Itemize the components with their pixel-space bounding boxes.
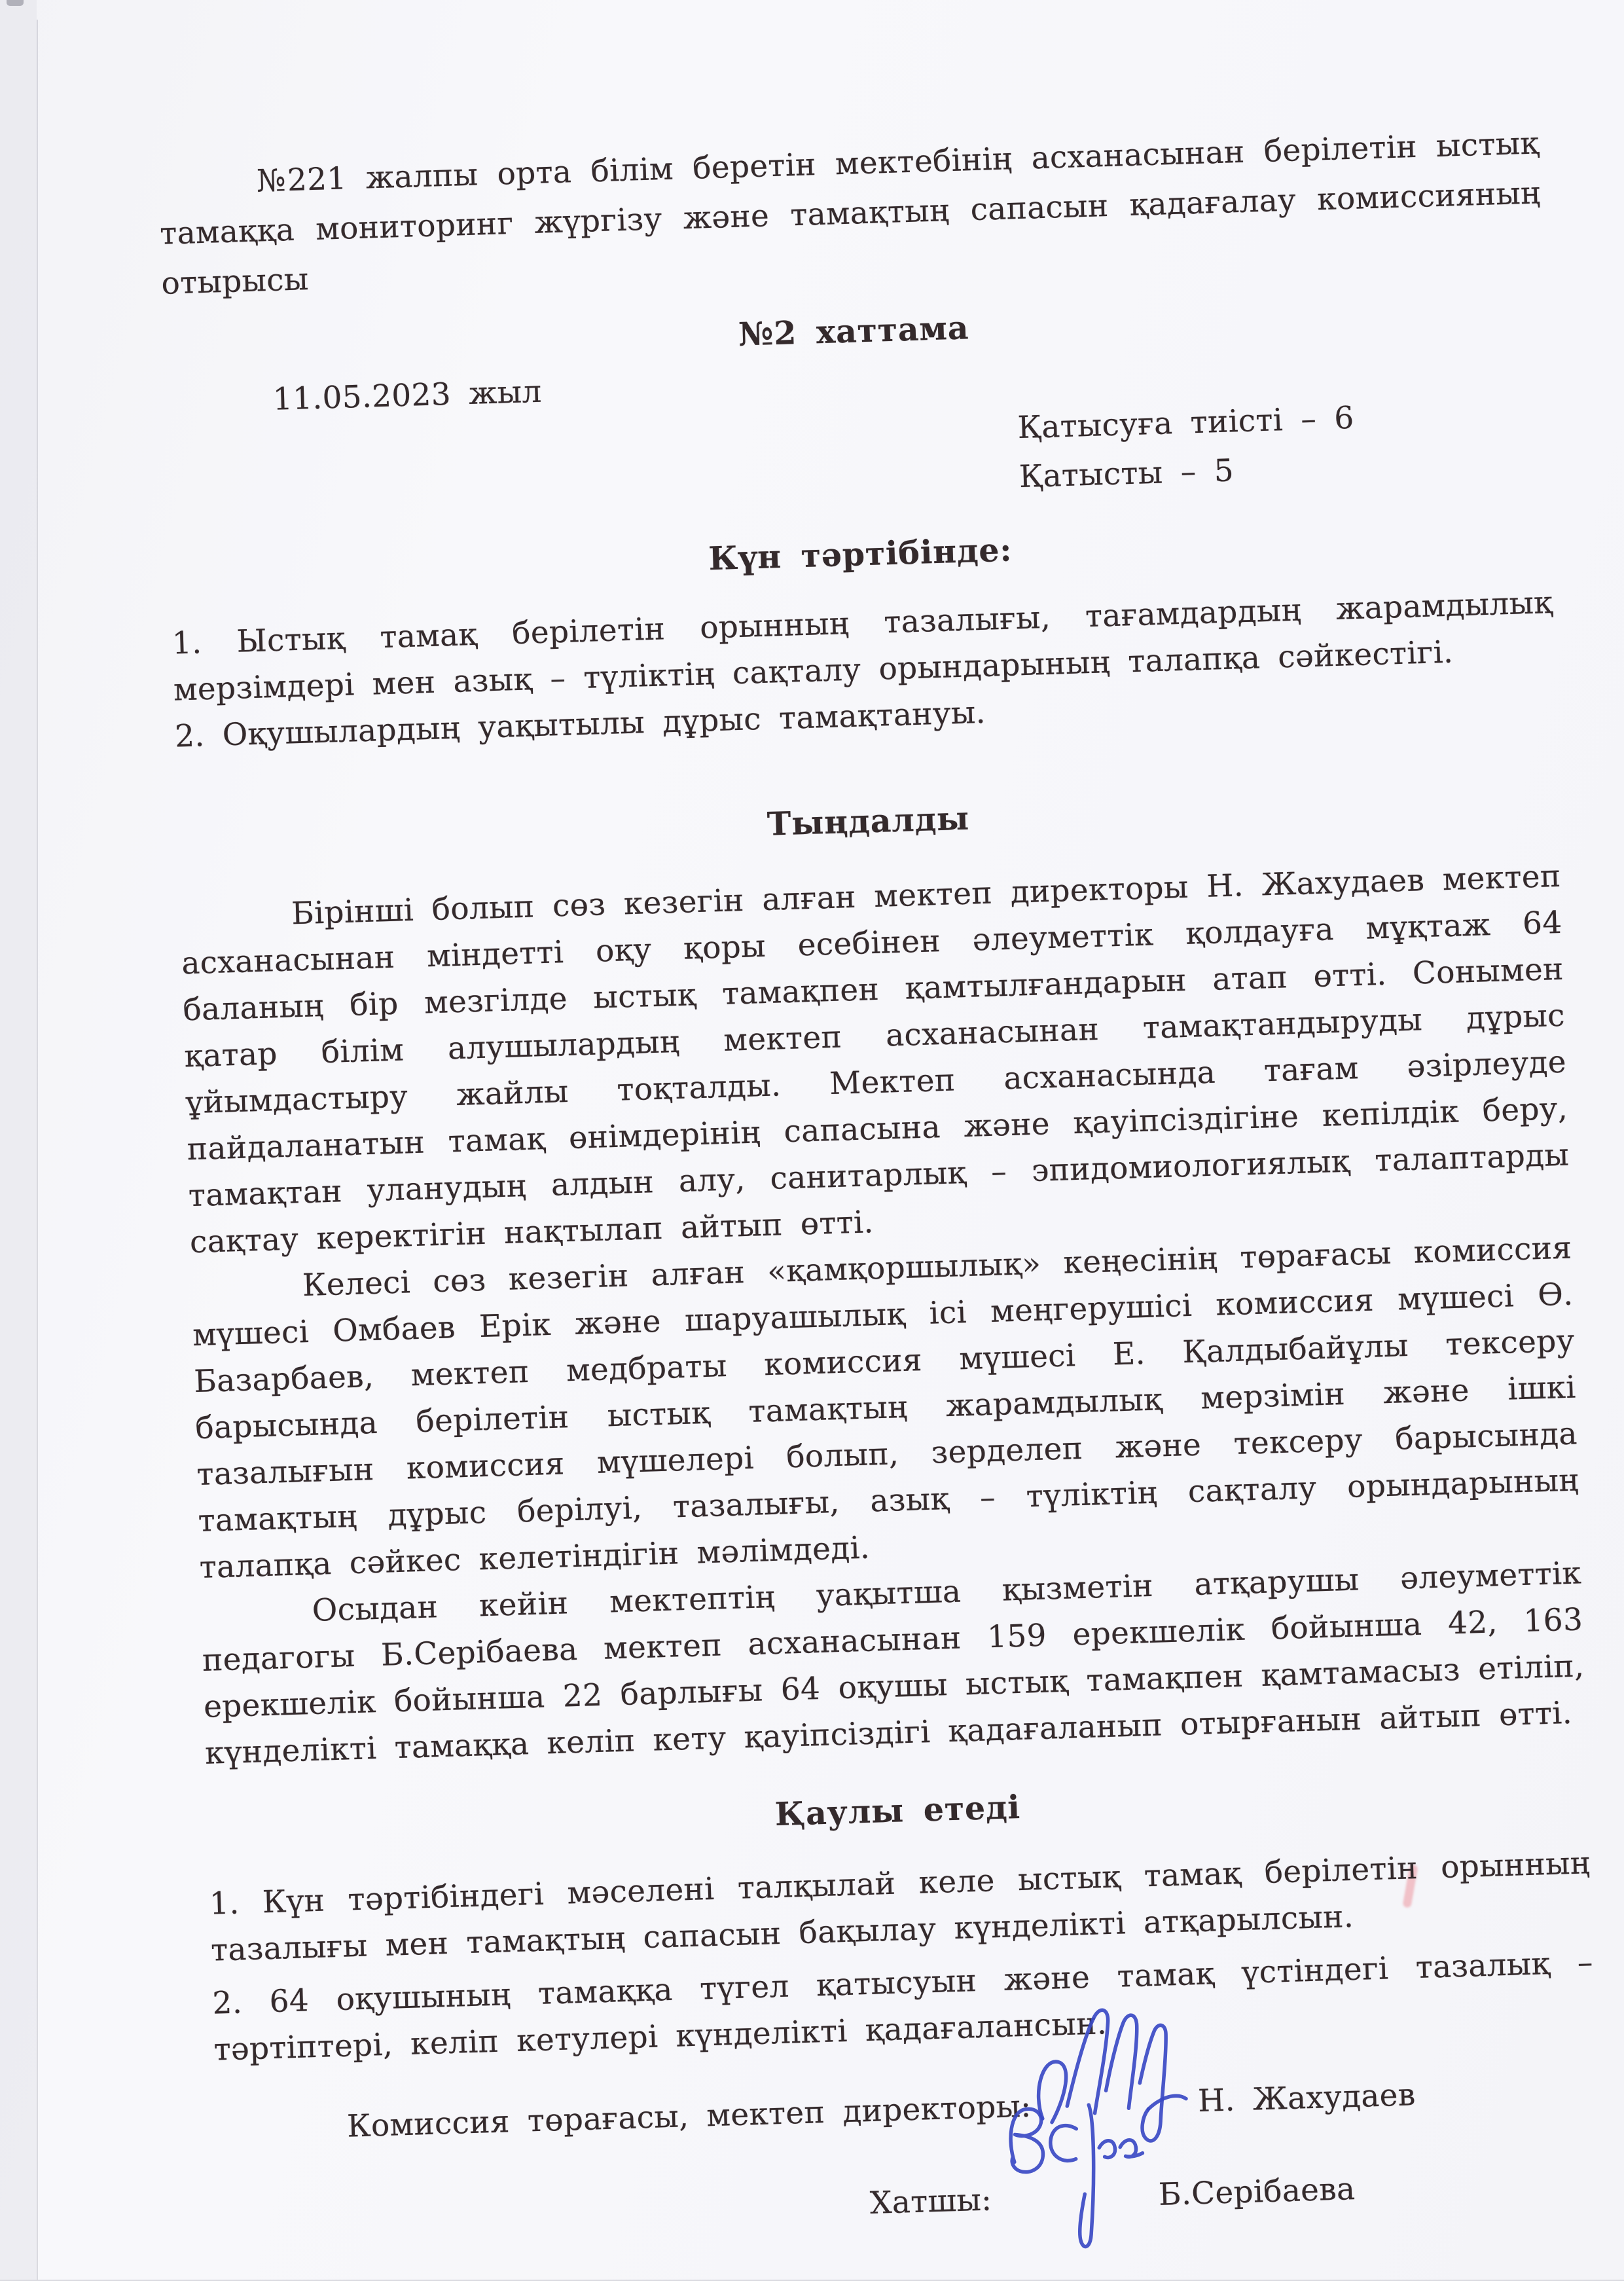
- chairman-signature-row: Комиссия төрағасы, мектеп директоры: Н. …: [346, 2066, 1597, 2150]
- decision-heading: Қаулы етеді: [207, 1767, 1589, 1855]
- paper-left-edge: [37, 20, 38, 2280]
- chairman-role-label: Комиссия төрағасы, мектеп директоры:: [346, 2083, 1032, 2150]
- heard-heading: Тыңдалды: [177, 778, 1559, 866]
- body-paragraph: Келесі сөз кезегін алған «қамқоршылық» к…: [190, 1225, 1581, 1591]
- attendance-present: Қатысты – 5: [1019, 443, 1356, 501]
- attendance-expected: Қатысуға тиісті – 6: [1017, 393, 1355, 452]
- document-content: №221 жалпы орта білім беретін мектебінің…: [158, 118, 1600, 2246]
- body-paragraph: Бірінші болып сөз кезегін алған мектеп д…: [179, 853, 1571, 1266]
- secretary-name: Б.Серібаева: [1158, 2166, 1356, 2218]
- secretary-signature: [992, 2204, 1159, 2210]
- secretary-signature-strokes: [988, 2090, 1153, 2255]
- chairman-name: Н. Жахудаев: [1197, 2071, 1416, 2124]
- secretary-role-label: Хатшы:: [869, 2177, 992, 2227]
- scanned-document-page: №221 жалпы орта білім беретін мектебінің…: [0, 0, 1624, 2296]
- scan-artifact-speck: [7, 0, 24, 6]
- attendance-block: Қатысуға тиісті – 6 Қатысты – 5: [1017, 393, 1356, 501]
- scan-left-shadow: [0, 0, 37, 2280]
